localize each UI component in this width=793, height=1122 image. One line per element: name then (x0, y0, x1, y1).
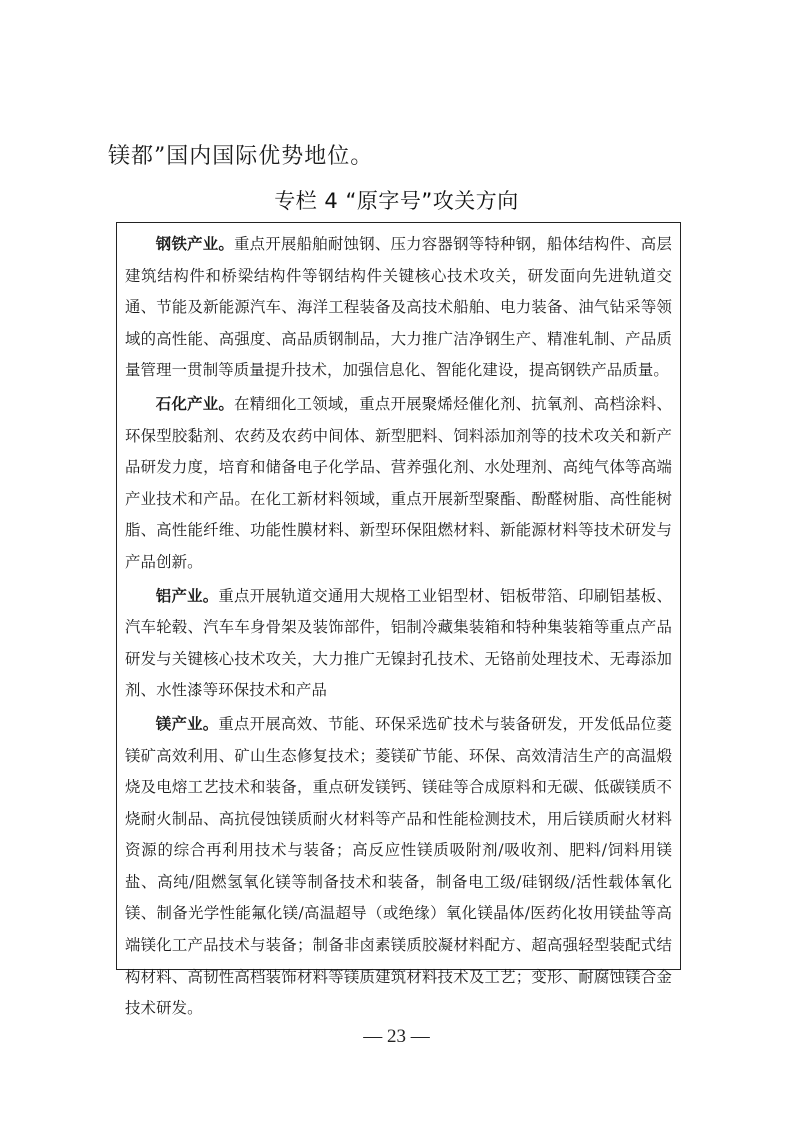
section-body: 重点开展船舶耐蚀钢、压力容器钢等特种钢，船体结构件、高层建筑结构件和桥梁结构件等… (125, 235, 672, 379)
section-body: 重点开展高效、节能、环保采选矿技术与装备研发，开发低品位菱镁矿高效利用、矿山生态… (125, 715, 672, 1017)
box-title: 专栏 4 “原字号”攻关方向 (0, 186, 793, 216)
column-box: 钢铁产业。重点开展船舶耐蚀钢、压力容器钢等特种钢，船体结构件、高层建筑结构件和桥… (116, 222, 681, 970)
section-magnesium: 镁产业。重点开展高效、节能、环保采选矿技术与装备研发，开发低品位菱镁矿高效利用、… (125, 709, 672, 1025)
section-steel: 钢铁产业。重点开展船舶耐蚀钢、压力容器钢等特种钢，船体结构件、高层建筑结构件和桥… (125, 229, 672, 387)
section-lead: 镁产业。 (156, 715, 219, 733)
section-aluminum: 铝产业。重点开展轨道交通用大规格工业铝型材、铝板带箔、印刷铝基板、汽车轮毂、汽车… (125, 581, 672, 707)
page-number: — 23 — (0, 1025, 793, 1049)
section-body: 在精细化工领域，重点开展聚烯烃催化剂、抗氧剂、高档涂料、环保型胶黏剂、农药及农药… (125, 395, 672, 571)
section-lead: 钢铁产业。 (156, 235, 234, 253)
section-lead: 石化产业。 (156, 395, 234, 413)
carry-over-text: 镁都”国内国际优势地位。 (108, 140, 373, 174)
section-petrochemical: 石化产业。在精细化工领域，重点开展聚烯烃催化剂、抗氧剂、高档涂料、环保型胶黏剂、… (125, 389, 672, 579)
section-lead: 铝产业。 (156, 587, 219, 605)
